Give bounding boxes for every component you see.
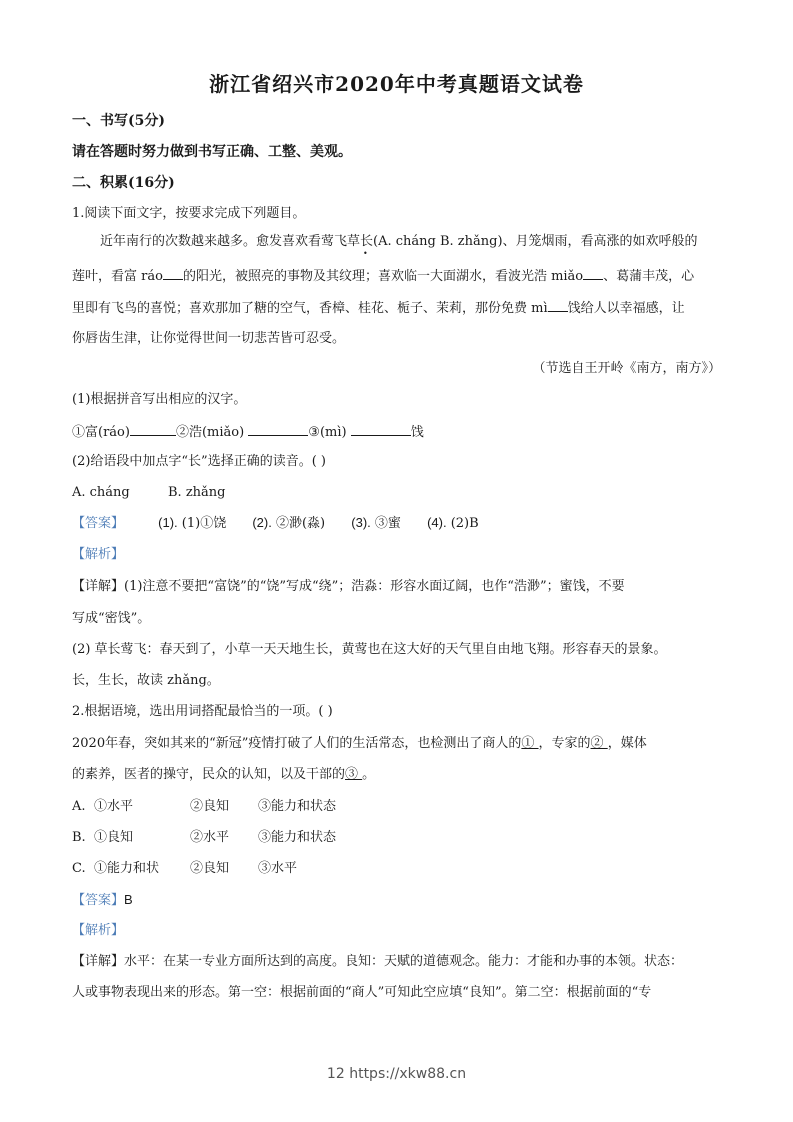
q2-prompt: 2.根据语境，选出用词搭配最恰当的一项。( ) bbox=[72, 703, 333, 721]
q1-detail-line2: 写成“密饯”。 bbox=[72, 610, 150, 628]
q1-sub1-items: ①富(ráo)②浩(miǎo) ③(mì) 饯 bbox=[72, 422, 424, 442]
answer-text: ②渺(淼) bbox=[276, 516, 325, 531]
detail-text: (1)注意不要把“富饶”的“饶”写成“绕”；浩淼：形容水面辽阔，也作“浩渺”；蜜… bbox=[124, 579, 625, 594]
q1-sub2-prompt: (2)给语段中加点字“长”选择正确的读音。( ) bbox=[72, 453, 326, 471]
q2-option-b: B.①良知②水平③能力和状态 bbox=[72, 829, 336, 847]
q1-detail-line3: (2) 草长莺飞：春天到了，小草一天天地生长，黄莺也在这大好的天气里自由地飞翔。… bbox=[72, 641, 667, 659]
section1-instruction: 请在答题时努力做到书写正确、工整、美观。 bbox=[72, 143, 352, 161]
passage-text: 里即有飞鸟的喜悦；喜欢那加了糖的空气，香樟、桂花、栀子、茉莉，那份免费 mì bbox=[72, 301, 548, 316]
answer-num: (3). bbox=[351, 515, 371, 530]
detail-text: 水平：在某一专业方面所达到的高度。良知：天赋的道德观念。能力：才能和办事的本领。… bbox=[124, 954, 683, 969]
passage-text: 。 bbox=[362, 767, 375, 782]
answer-text: (2)B bbox=[451, 516, 479, 531]
section1-heading: 一、书写(5分) bbox=[72, 112, 165, 130]
passage-text: ，专家的 bbox=[539, 736, 591, 751]
q2-detail-line2: 人或事物表现出来的形态。第一空：根据前面的“商人”可知此空应填“良知”。第二空：… bbox=[72, 984, 651, 1002]
page-footer: 12 https://xkw88.cn bbox=[0, 1066, 793, 1082]
q1-prompt: 1.阅读下面文字，按要求完成下列题目。 bbox=[72, 205, 305, 223]
option-choice: ③能力和状态 bbox=[258, 798, 336, 816]
q1-sub1-prompt: (1)根据拼音写出相应的汉字。 bbox=[72, 391, 246, 409]
q1-answer: 【答案】 (1). (1)①饶 (2). ②渺(淼) (3). ③蜜 (4). … bbox=[72, 514, 501, 533]
blank-1[interactable]: ① bbox=[521, 736, 538, 751]
passage-text: 莲叶，看富 ráo bbox=[72, 269, 163, 284]
option-choice: ②水平 bbox=[190, 829, 258, 847]
answer-item-4: (4). (2)B bbox=[427, 514, 479, 533]
option-choice: ①良知 bbox=[94, 829, 190, 847]
passage-text: ，媒体 bbox=[608, 736, 647, 751]
q1-detail-line4: 长，生长，故读 zhǎng。 bbox=[72, 672, 220, 690]
q1-passage-line1: 近年南行的次数越来越多。愈发喜欢看莺飞草长(A. cháng B. zhǎng)… bbox=[100, 233, 698, 251]
q2-passage-line2: 的素养，医者的操守，民众的认知，以及干部的③ 。 bbox=[72, 766, 375, 784]
detail-label: 【详解】 bbox=[72, 954, 124, 969]
option-a: A. cháng bbox=[72, 484, 168, 502]
passage-text: 的阳光，被照亮的事物及其纹理；喜欢临一大面湖水，看波光浩 miǎo bbox=[183, 269, 583, 284]
passage-text: 、葛蒲丰茂，心 bbox=[603, 269, 694, 284]
option-choice: ③能力和状态 bbox=[258, 829, 336, 847]
option-choice: ②良知 bbox=[190, 798, 258, 816]
q2-option-a: A.①水平②良知③能力和状态 bbox=[72, 798, 336, 816]
q1-analysis-label: 【解析】 bbox=[72, 546, 124, 564]
passage-source: （节选自王开岭《南方，南方》） bbox=[532, 360, 721, 378]
passage-text: 近年南行的次数越来越多。愈发喜欢看莺飞草 bbox=[100, 234, 360, 249]
detail-label: 【详解】 bbox=[72, 579, 124, 594]
sub1-item3-suffix: 饯 bbox=[411, 425, 424, 440]
answer-text: ③蜜 bbox=[375, 516, 401, 531]
page-number: 12 bbox=[327, 1066, 345, 1082]
answer-value: B bbox=[124, 892, 133, 907]
footer-link[interactable]: https://xkw88.cn bbox=[349, 1066, 466, 1082]
q1-passage-line2: 莲叶，看富 ráo的阳光，被照亮的事物及其纹理；喜欢临一大面湖水，看波光浩 mi… bbox=[72, 266, 694, 286]
blank-3[interactable]: ③ bbox=[345, 767, 362, 782]
answer-item-3: (3). ③蜜 bbox=[351, 514, 401, 533]
dotted-char: 长 bbox=[360, 234, 373, 249]
option-letter: A. bbox=[72, 798, 94, 816]
answer-label: 【答案】 bbox=[72, 515, 154, 533]
q1-passage-line3: 里即有飞鸟的喜悦；喜欢那加了糖的空气，香樟、桂花、栀子、茉莉，那份免费 mì饯给… bbox=[72, 298, 685, 318]
passage-text: 饯给人以幸福感，让 bbox=[568, 301, 685, 316]
answer-num: (1). bbox=[158, 515, 178, 530]
option-letter: C. bbox=[72, 860, 94, 878]
answer-blank-1[interactable] bbox=[130, 422, 176, 436]
answer-item-2: (2). ②渺(淼) bbox=[252, 514, 325, 533]
q1-detail-line1: 【详解】(1)注意不要把“富饶”的“饶”写成“绕”；浩淼：形容水面辽阔，也作“浩… bbox=[72, 578, 625, 596]
answer-num: (2). bbox=[252, 515, 272, 530]
page-title: 浙江省绍兴市2020年中考真题语文试卷 bbox=[0, 68, 793, 97]
q1-passage-line4: 你唇齿生津，让你觉得世间一切悲苦皆可忍受。 bbox=[72, 330, 345, 348]
passage-text: 2020年春，突如其来的“新冠”疫情打破了人们的生活常态，也检测出了商人的 bbox=[72, 736, 521, 751]
q2-analysis-label: 【解析】 bbox=[72, 922, 124, 940]
passage-text: 的素养，医者的操守，民众的认知，以及干部的 bbox=[72, 767, 345, 782]
q2-option-c: C.①能力和状②良知③水平 bbox=[72, 860, 297, 878]
answer-label: 【答案】 bbox=[72, 893, 124, 908]
answer-item-1: (1). (1)①饶 bbox=[158, 514, 226, 533]
sub1-item1: ①富(ráo) bbox=[72, 425, 130, 440]
answer-text: (1)①饶 bbox=[182, 516, 226, 531]
sub1-item2: ②浩(miǎo) bbox=[176, 425, 244, 440]
option-choice: ②良知 bbox=[190, 860, 258, 878]
fill-blank[interactable] bbox=[163, 266, 183, 280]
q2-detail-line1: 【详解】水平：在某一专业方面所达到的高度。良知：天赋的道德观念。能力：才能和办事… bbox=[72, 953, 683, 971]
answer-num: (4). bbox=[427, 515, 447, 530]
exam-page: 浙江省绍兴市2020年中考真题语文试卷 一、书写(5分) 请在答题时努力做到书写… bbox=[0, 0, 793, 1122]
passage-text: (A. cháng B. zhǎng)、月笼烟雨，看高涨的如欢呼般的 bbox=[373, 234, 698, 249]
blank-2[interactable]: ② bbox=[591, 736, 608, 751]
option-choice: ①水平 bbox=[94, 798, 190, 816]
option-choice: ①能力和状 bbox=[94, 860, 190, 878]
q1-sub2-options: A. chángB. zhǎng bbox=[72, 484, 225, 502]
fill-blank[interactable] bbox=[583, 266, 603, 280]
fill-blank[interactable] bbox=[548, 298, 568, 312]
option-letter: B. bbox=[72, 829, 94, 847]
q2-answer: 【答案】B bbox=[72, 891, 133, 910]
option-b: B. zhǎng bbox=[168, 484, 225, 502]
q2-passage-line1: 2020年春，突如其来的“新冠”疫情打破了人们的生活常态，也检测出了商人的① ，… bbox=[72, 735, 647, 753]
answer-blank-3[interactable] bbox=[351, 422, 411, 436]
sub1-item3: ③(mì) bbox=[308, 425, 346, 440]
option-choice: ③水平 bbox=[258, 860, 297, 878]
answer-blank-2[interactable] bbox=[248, 422, 308, 436]
section2-heading: 二、积累(16分) bbox=[72, 174, 175, 192]
